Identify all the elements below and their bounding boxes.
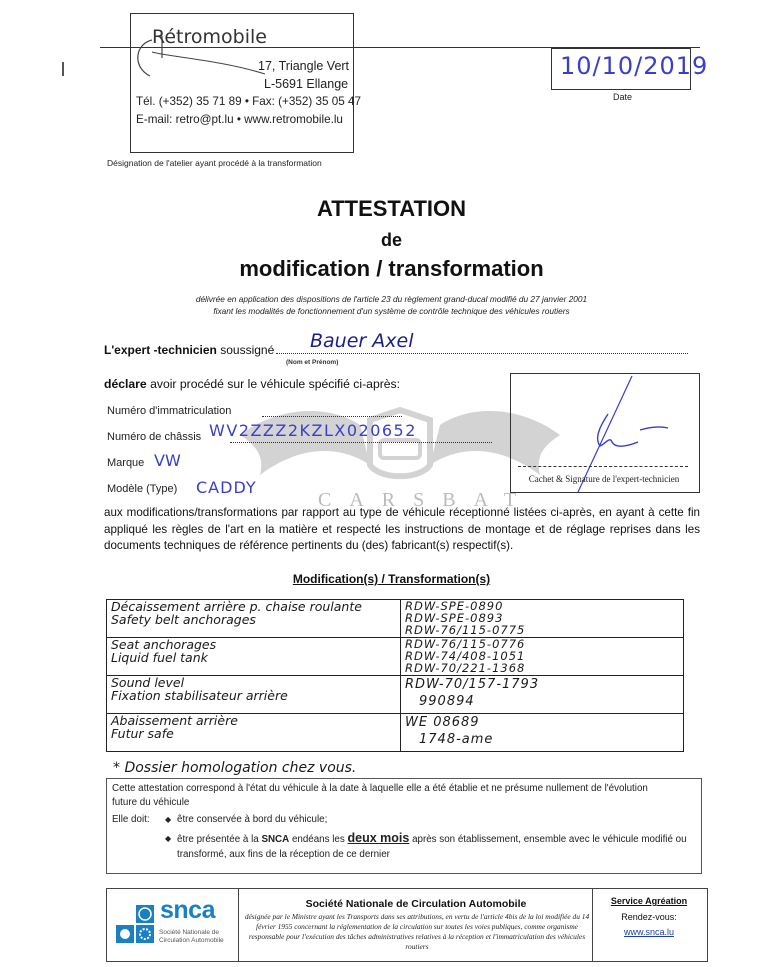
snca-logo-sub-1: Société Nationale de [159,929,219,936]
workshop-phone-fax: Tél. (+352) 35 71 89 • Fax: (+352) 35 05… [136,95,361,108]
service-rendezvous: Rendez-vous: [594,912,704,922]
modification-description: Safety belt anchorages [111,613,396,626]
marque-value[interactable]: VW [154,451,181,470]
service-title: Service Agréation [594,896,704,906]
expert-label-bold: L'expert -technicien [104,343,217,357]
modification-reference: WE 08689 [405,714,679,731]
declare-bold: déclare [104,377,147,391]
chassis-field[interactable] [230,442,492,443]
expert-label: L'expert -technicien soussigné [104,343,274,357]
legal-subtitle-1: délivrée en application des dispositions… [0,294,783,304]
table-row: Décaissement arrière p. chaise roulanteS… [107,600,684,638]
modification-description-cell: Abaissement arrièreFutur safe [107,714,401,752]
bullet2-emphasis: deux mois [348,831,410,845]
info-bullet-2-line2: transformé, aux fins de la réception de … [177,849,390,860]
footer-divider [592,888,593,961]
modification-description-cell: Seat anchoragesLiquid fuel tank [107,638,401,676]
modification-description-cell: Décaissement arrière p. chaise roulanteS… [107,600,401,638]
modifications-title: Modification(s) / Transformation(s) [0,572,783,586]
declaration-paragraph: aux modifications/transformations par ra… [104,505,700,555]
snca-emblem-icon [114,905,158,943]
retromobile-logo: Rétromobile [152,26,267,48]
chassis-value: WV2ZZZ2KZLX020652 [209,421,417,440]
footer-divider [238,888,239,961]
snca-logo: snca [160,896,215,925]
bullet-icon: ◆ [165,815,171,824]
date-value: 10/10/2019 [560,52,708,80]
marque-label: Marque [107,457,144,469]
expert-name-value[interactable]: Bauer Axel [310,330,413,352]
expert-name-caption: (Nom et Prénom) [286,359,338,366]
legal-subtitle-2: fixant les modalités de fonctionnement d… [0,306,783,316]
modification-reference-cell: RDW-76/115-0776RDW-74/408-1051RDW-70/221… [401,638,684,676]
modification-description: Fixation stabilisateur arrière [111,689,396,702]
snca-website-link[interactable]: www.snca.lu [594,927,704,937]
table-row: Sound levelFixation stabilisateur arrièr… [107,676,684,714]
modification-reference: 1748-ame [405,731,679,748]
modification-reference: RDW-76/115-0775 [405,624,679,636]
document-title-de: de [0,230,783,251]
workshop-designation-label: Désignation de l'atelier ayant procédé à… [107,158,322,168]
bullet2-pre: être présentée à la [177,834,259,845]
modification-reference-cell: WE 086891748-ame [401,714,684,752]
workshop-email-web: E-mail: retro@pt.lu • www.retromobile.lu [136,113,343,126]
modification-description: Liquid fuel tank [111,651,396,664]
modification-reference: RDW-70/157-1793 [405,676,679,693]
info-bullet-2: être présentée à la SNCA endéans les deu… [177,831,687,845]
snca-org-name: Société Nationale de Circulation Automob… [240,898,592,910]
info-bullet-1: être conservée à bord du véhicule; [177,814,327,825]
expert-name-line [276,353,688,354]
modification-reference-cell: RDW-SPE-0890RDW-SPE-0893RDW-76/115-0775 [401,600,684,638]
bullet-icon: ◆ [165,834,171,843]
scan-mark [62,62,64,76]
signature-dashed-line [518,466,688,467]
document-title: ATTESTATION [0,196,783,222]
info-line-2: future du véhicule [112,797,189,808]
modification-reference: RDW-70/221-1368 [405,662,679,674]
signature-caption: Cachet & Signature de l'expert-technicie… [510,474,698,484]
must-label: Elle doit: [112,814,150,825]
document-title-main: modification / transformation [0,256,783,282]
info-line-1: Cette attestation correspond à l'état du… [112,783,648,794]
snca-org-description: désignée par le Ministre ayant les Trans… [244,912,590,952]
workshop-address-line1: 17, Triangle Vert [258,59,349,73]
table-row: Abaissement arrièreFutur safeWE 08689174… [107,714,684,752]
modification-description-cell: Sound levelFixation stabilisateur arrièr… [107,676,401,714]
modele-value[interactable]: CADDY [196,478,257,497]
bullet2-snca: SNCA [261,834,289,845]
declare-rest: avoir procédé sur le véhicule spécifié c… [150,377,400,391]
date-label: Date [613,92,632,102]
modification-reference-cell: RDW-70/157-1793990894 [401,676,684,714]
modification-reference: 990894 [405,693,679,710]
modele-label: Modèle (Type) [107,483,177,495]
workshop-address-line2: L-5691 Ellange [264,77,348,91]
snca-logo-sub-2: Circulation Automobile [159,937,224,944]
bullet2-mid: endéans les [292,834,345,845]
modifications-table: Décaissement arrière p. chaise roulanteS… [106,599,684,752]
immatriculation-field[interactable] [262,416,402,417]
bullet2-post: après son établissement, ensemble avec l… [412,834,686,845]
chassis-label: Numéro de châssis [107,431,201,443]
modification-description: Futur safe [111,727,396,740]
immatriculation-label: Numéro d'immatriculation [107,405,231,417]
declare-text: déclare avoir procédé sur le véhicule sp… [104,377,400,391]
homologation-note: * Dossier homologation chez vous. [113,760,356,776]
expert-label-rest: soussigné [220,343,274,357]
table-row: Seat anchoragesLiquid fuel tankRDW-76/11… [107,638,684,676]
